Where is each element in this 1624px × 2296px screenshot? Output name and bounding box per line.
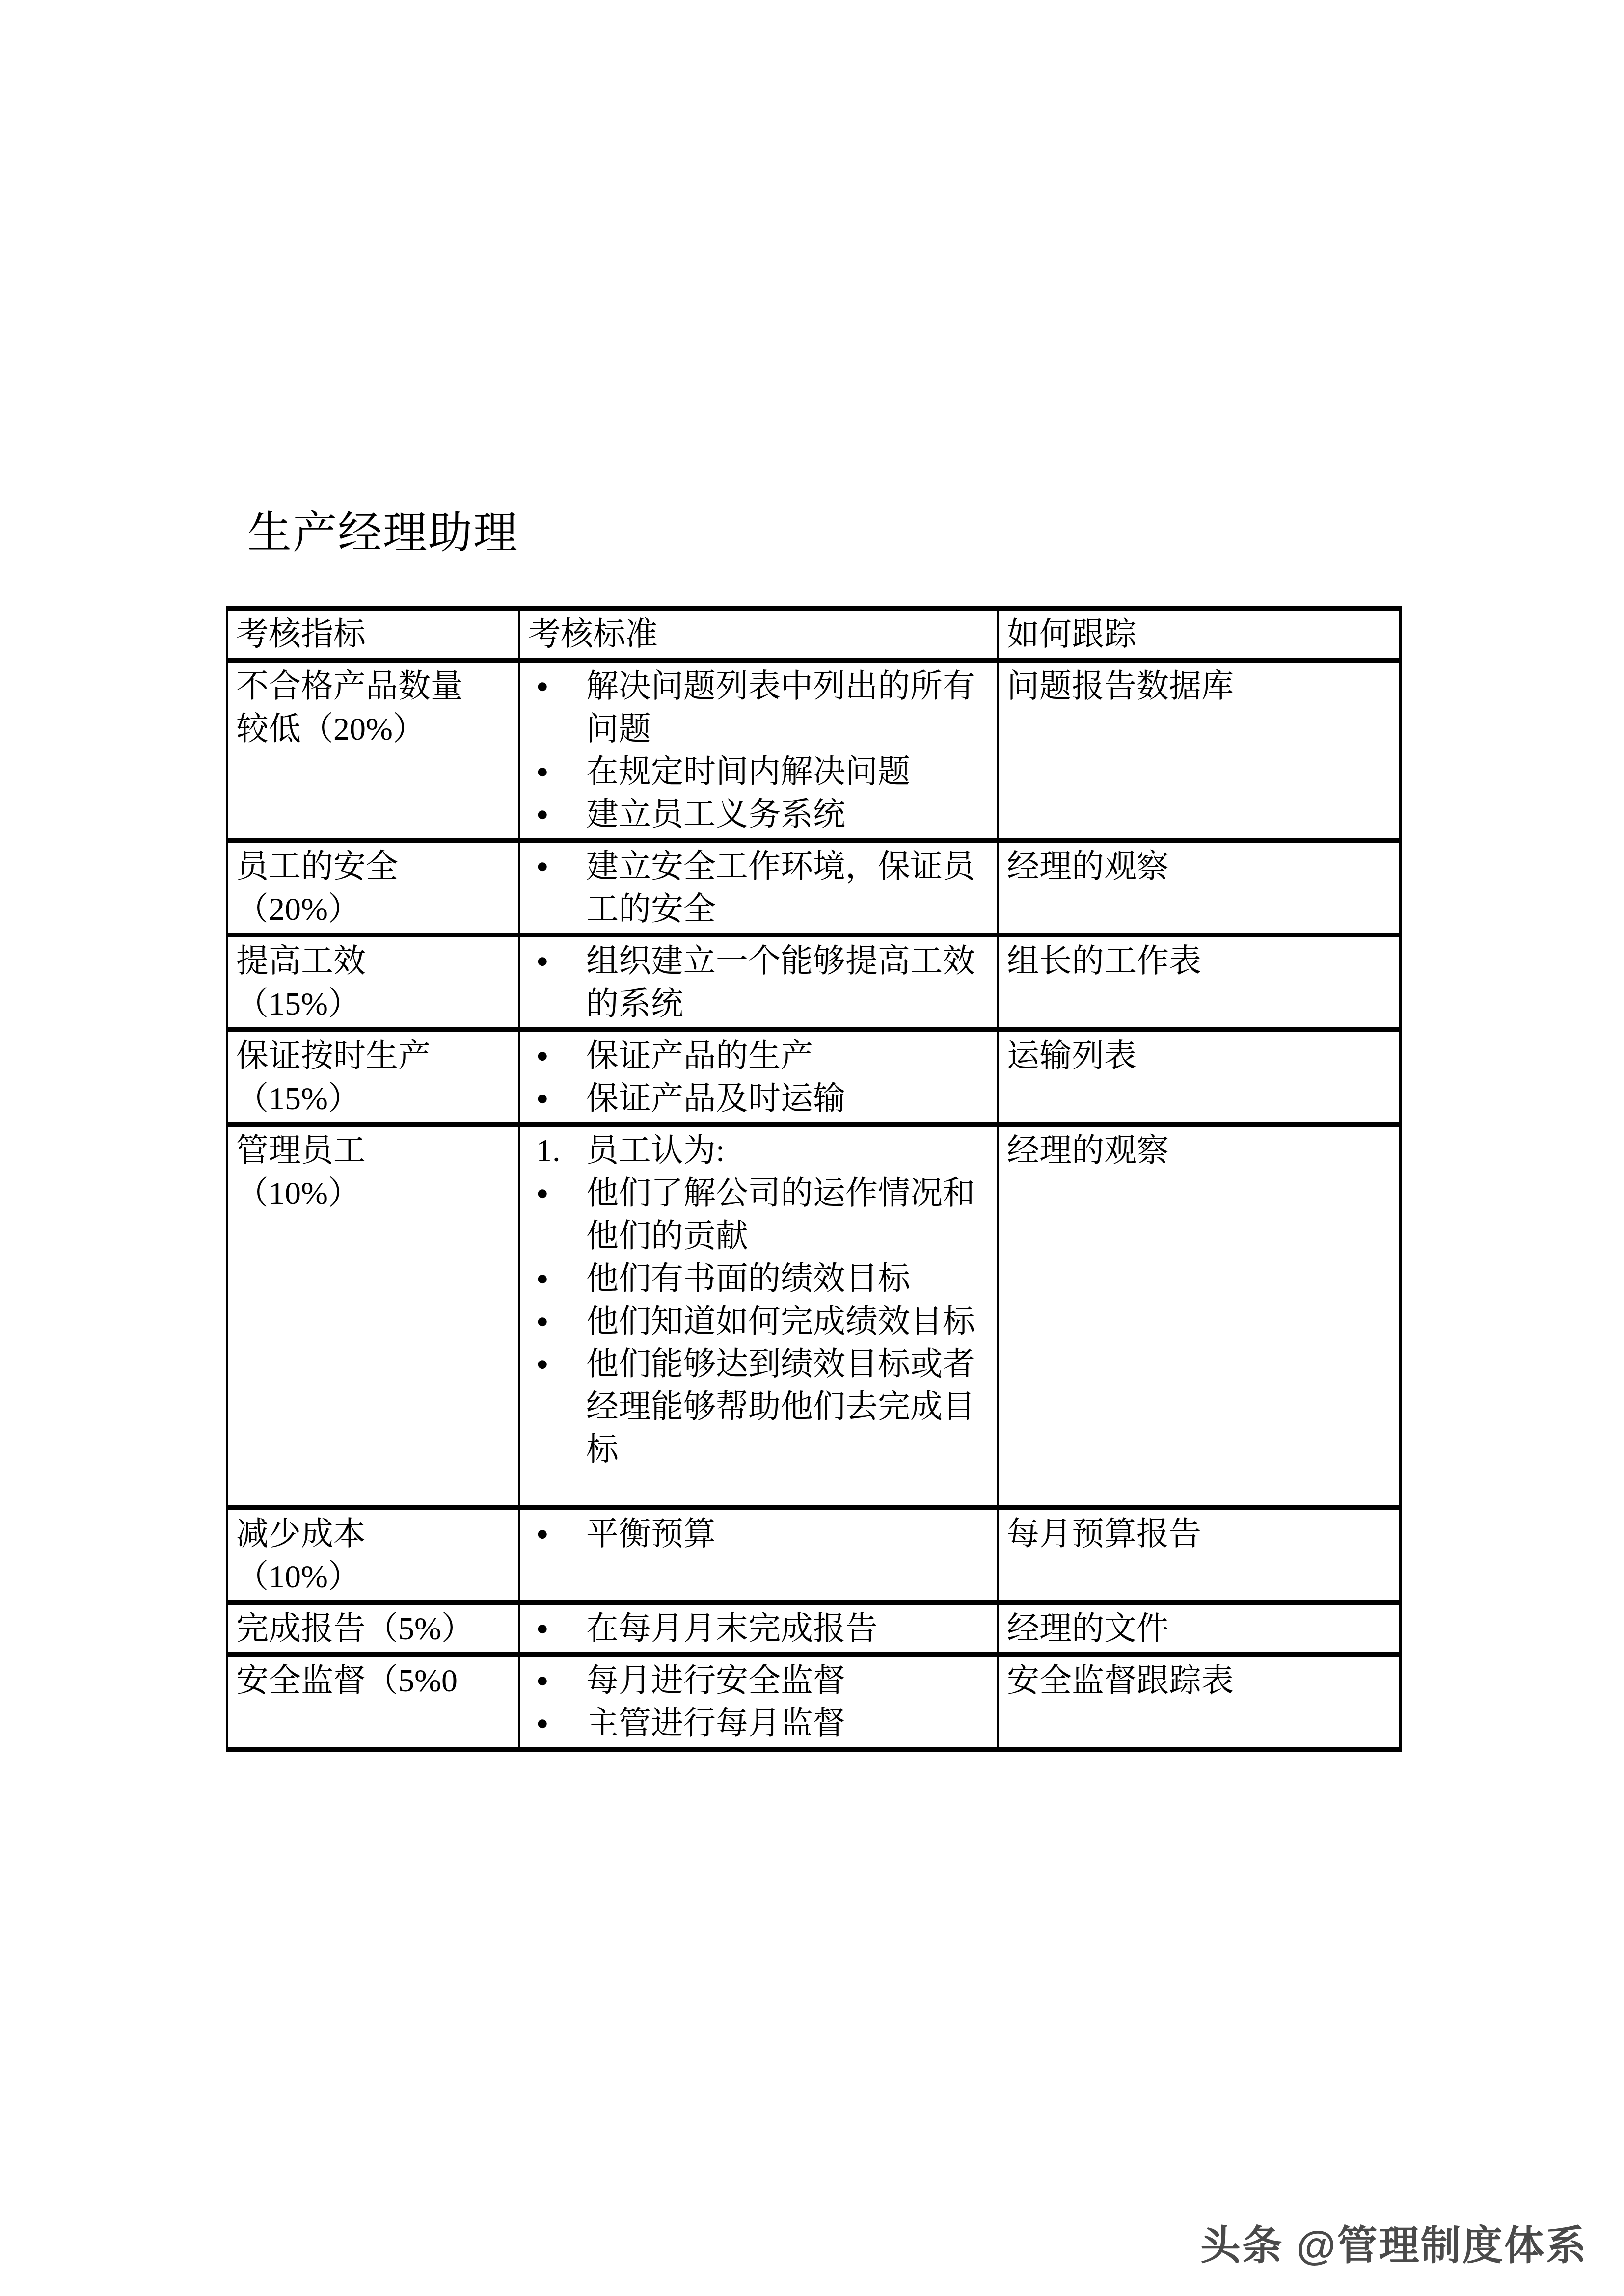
tracking-cell: 经理的文件 (998, 1602, 1401, 1655)
tracking-cell: 每月预算报告 (998, 1508, 1401, 1602)
bullet-item: ● 每月进行安全监督 (520, 1659, 997, 1702)
col-header-criteria: 考核标准 (519, 608, 998, 660)
bullet-item: ● 他们能够达到绩效目标或者经理能够帮助他们去完成目标 (520, 1343, 997, 1471)
tracking-cell: 经理的观察 (998, 840, 1401, 935)
bullet-item: ● 保证产品的生产 (520, 1035, 997, 1077)
bullet-dot-icon: ● (520, 750, 586, 793)
kpi-table: 考核指标 考核标准 如何跟踪 不合格产品数量 较低（20%） ● 解决问题列表中… (226, 606, 1402, 1752)
indicator-line: （10%） (236, 1555, 509, 1598)
indicator-line: 减少成本 (236, 1513, 509, 1555)
bullet-dot-icon: ● (520, 793, 586, 836)
bullet-text: 保证产品及时运输 (586, 1077, 997, 1120)
col-header-tracking: 如何跟踪 (998, 608, 1401, 660)
bullet-item: ● 他们知道如何完成绩效目标 (520, 1300, 997, 1343)
bullet-dot-icon: ● (520, 1172, 586, 1257)
indicator-line: （15%） (236, 983, 509, 1025)
bullet-item: ● 建立安全工作环境，保证员工的安全 (520, 845, 997, 931)
bullet-dot-icon: ● (520, 845, 586, 931)
indicator-line: （10%） (236, 1172, 509, 1215)
bullet-text: 解决问题列表中列出的所有问题 (586, 665, 997, 750)
criteria-cell: 1. 员工认为: ● 他们了解公司的运作情况和他们的贡献 ● 他们有书面的绩效目… (519, 1124, 998, 1508)
indicator-cell: 保证按时生产 （15%） (227, 1030, 519, 1124)
bullet-text: 他们知道如何完成绩效目标 (586, 1300, 997, 1343)
bullet-text: 在每月月末完成报告 (586, 1607, 997, 1650)
bullet-dot-icon: ● (520, 1257, 586, 1300)
bullet-text: 他们能够达到绩效目标或者经理能够帮助他们去完成目标 (586, 1343, 997, 1471)
table-row: 提高工效 （15%） ● 组织建立一个能够提高工效的系统 组长的工作表 (227, 935, 1401, 1030)
indicator-line: 安全监督（5%0 (236, 1659, 509, 1702)
indicator-line: 不合格产品数量 (236, 665, 509, 708)
criteria-cell: ● 每月进行安全监督 ● 主管进行每月监督 (519, 1655, 998, 1749)
tracking-cell: 经理的观察 (998, 1124, 1401, 1508)
watermark: 头条 @管理制度体系 (1200, 2214, 1588, 2271)
bullet-text: 平衡预算 (586, 1513, 997, 1555)
bullet-dot-icon: ● (520, 1035, 586, 1077)
bullet-text: 建立员工义务系统 (586, 793, 997, 836)
table-row: 管理员工 （10%） 1. 员工认为: ● 他们了解公司的运作情况和他们的贡献 … (227, 1124, 1401, 1508)
table-row: 员工的安全 （20%） ● 建立安全工作环境，保证员工的安全 经理的观察 (227, 840, 1401, 935)
table-header-row: 考核指标 考核标准 如何跟踪 (227, 608, 1401, 660)
bullet-item: ● 主管进行每月监督 (520, 1702, 997, 1745)
indicator-line: 完成报告（5%） (236, 1607, 509, 1650)
numbered-item-text: 员工认为: (586, 1129, 997, 1172)
bullet-text: 每月进行安全监督 (586, 1659, 997, 1702)
tracking-cell: 组长的工作表 (998, 935, 1401, 1030)
indicator-line: 提高工效 (236, 940, 509, 983)
bullet-text: 在规定时间内解决问题 (586, 750, 997, 793)
col-header-indicator: 考核指标 (227, 608, 519, 660)
bullet-item: ● 在每月月末完成报告 (520, 1607, 997, 1650)
table-row: 减少成本 （10%） ● 平衡预算 每月预算报告 (227, 1508, 1401, 1602)
tracking-cell: 安全监督跟踪表 (998, 1655, 1401, 1749)
indicator-line: 较低（20%） (236, 708, 509, 750)
indicator-line: （20%） (236, 888, 509, 931)
bullet-dot-icon: ● (520, 1077, 586, 1120)
criteria-cell: ● 在每月月末完成报告 (519, 1602, 998, 1655)
criteria-cell: ● 解决问题列表中列出的所有问题 ● 在规定时间内解决问题 ● 建立员工义务系统 (519, 660, 998, 840)
bullet-dot-icon: ● (520, 1702, 586, 1745)
indicator-cell: 提高工效 （15%） (227, 935, 519, 1030)
tracking-cell: 运输列表 (998, 1030, 1401, 1124)
bullet-dot-icon: ● (520, 1513, 586, 1555)
bullet-dot-icon: ● (520, 1607, 586, 1650)
table-row: 保证按时生产 （15%） ● 保证产品的生产 ● 保证产品及时运输 运输列表 (227, 1030, 1401, 1124)
bullet-item: ● 他们有书面的绩效目标 (520, 1257, 997, 1300)
bullet-item: ● 建立员工义务系统 (520, 793, 997, 836)
bullet-text: 保证产品的生产 (586, 1035, 997, 1077)
tracking-cell: 问题报告数据库 (998, 660, 1401, 840)
bullet-item: ● 解决问题列表中列出的所有问题 (520, 665, 997, 750)
criteria-cell: ● 组织建立一个能够提高工效的系统 (519, 935, 998, 1030)
numbered-item: 1. 员工认为: (520, 1129, 997, 1172)
indicator-cell: 不合格产品数量 较低（20%） (227, 660, 519, 840)
table-row: 不合格产品数量 较低（20%） ● 解决问题列表中列出的所有问题 ● 在规定时间… (227, 660, 1401, 840)
bullet-text: 他们了解公司的运作情况和他们的贡献 (586, 1172, 997, 1257)
criteria-cell: ● 平衡预算 (519, 1508, 998, 1602)
indicator-cell: 完成报告（5%） (227, 1602, 519, 1655)
bullet-text: 组织建立一个能够提高工效的系统 (586, 940, 997, 1025)
indicator-line: 保证按时生产 (236, 1035, 509, 1077)
bullet-item: ● 他们了解公司的运作情况和他们的贡献 (520, 1172, 997, 1257)
indicator-cell: 减少成本 （10%） (227, 1508, 519, 1602)
bullet-dot-icon: ● (520, 1659, 586, 1702)
bullet-text: 主管进行每月监督 (586, 1702, 997, 1745)
bullet-dot-icon: ● (520, 1343, 586, 1471)
bullet-text: 他们有书面的绩效目标 (586, 1257, 997, 1300)
bullet-text: 建立安全工作环境，保证员工的安全 (586, 845, 997, 931)
indicator-line: 员工的安全 (236, 845, 509, 888)
indicator-cell: 安全监督（5%0 (227, 1655, 519, 1749)
indicator-cell: 管理员工 （10%） (227, 1124, 519, 1508)
bullet-dot-icon: ● (520, 940, 586, 1025)
indicator-cell: 员工的安全 （20%） (227, 840, 519, 935)
numbered-item-marker: 1. (520, 1129, 586, 1172)
indicator-line: （15%） (236, 1077, 509, 1120)
table-row: 完成报告（5%） ● 在每月月末完成报告 经理的文件 (227, 1602, 1401, 1655)
table-row: 安全监督（5%0 ● 每月进行安全监督 ● 主管进行每月监督 安全监督跟踪表 (227, 1655, 1401, 1749)
page-title: 生产经理助理 (247, 497, 518, 561)
bullet-item: ● 保证产品及时运输 (520, 1077, 997, 1120)
document-page: 生产经理助理 考核指标 考核标准 如何跟踪 不合格产品数量 较低（20%） ● … (0, 0, 1624, 2296)
bullet-item: ● 组织建立一个能够提高工效的系统 (520, 940, 997, 1025)
bullet-item: ● 在规定时间内解决问题 (520, 750, 997, 793)
bullet-dot-icon: ● (520, 665, 586, 750)
criteria-cell: ● 建立安全工作环境，保证员工的安全 (519, 840, 998, 935)
criteria-cell: ● 保证产品的生产 ● 保证产品及时运输 (519, 1030, 998, 1124)
indicator-line: 管理员工 (236, 1129, 509, 1172)
bullet-item: ● 平衡预算 (520, 1513, 997, 1555)
bullet-dot-icon: ● (520, 1300, 586, 1343)
